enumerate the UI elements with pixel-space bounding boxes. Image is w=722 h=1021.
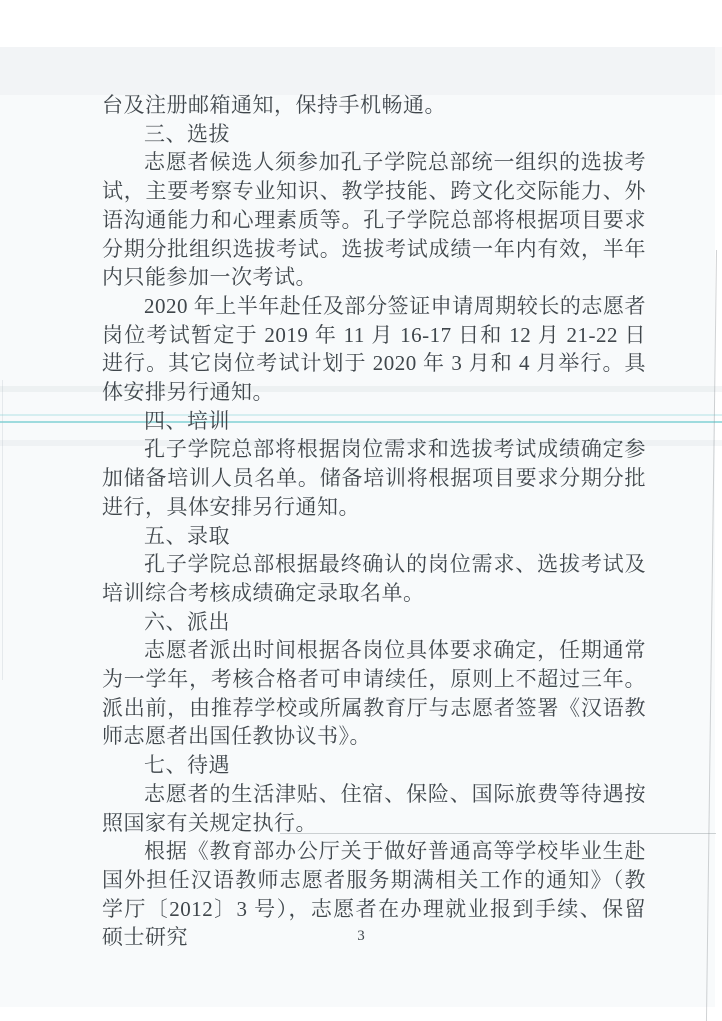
- body-paragraph: 孔子学院总部根据最终确认的岗位需求、选拔考试及培训综合考核成绩确定录取名单。: [102, 550, 646, 607]
- body-paragraph: 2020 年上半年赴任及部分签证申请周期较长的志愿者岗位考试暂定于 2019 年…: [102, 292, 646, 407]
- body-paragraph: 志愿者的生活津贴、住宿、保险、国际旅费等待遇按照国家有关规定执行。: [102, 780, 646, 837]
- section-heading: 四、培训: [102, 407, 646, 436]
- document-body: 台及注册邮箱通知，保持手机畅通。三、选拔志愿者候选人须参加孔子学院总部统一组织的…: [102, 91, 646, 952]
- body-paragraph: 孔子学院总部将根据岗位需求和选拔考试成绩确定参加储备培训人员名单。储备培训将根据…: [102, 435, 646, 521]
- body-paragraph: 志愿者候选人须参加孔子学院总部统一组织的选拔考试，主要考察专业知识、教学技能、跨…: [102, 148, 646, 292]
- scanned-document-page: 台及注册邮箱通知，保持手机畅通。三、选拔志愿者候选人须参加孔子学院总部统一组织的…: [0, 0, 722, 1021]
- body-paragraph: 志愿者派出时间根据各岗位具体要求确定，任期通常为一学年，考核合格者可申请续任，原…: [102, 636, 646, 751]
- page-edge-shadow: [2, 380, 3, 680]
- section-heading: 五、录取: [102, 522, 646, 551]
- section-heading: 七、待遇: [102, 751, 646, 780]
- page-edge-shadow: [706, 250, 717, 1021]
- scan-tint-band: [0, 47, 722, 95]
- page-number: 3: [0, 928, 722, 945]
- body-paragraph: 台及注册邮箱通知，保持手机畅通。: [102, 91, 646, 120]
- section-heading: 三、选拔: [102, 120, 646, 149]
- section-heading: 六、派出: [102, 608, 646, 637]
